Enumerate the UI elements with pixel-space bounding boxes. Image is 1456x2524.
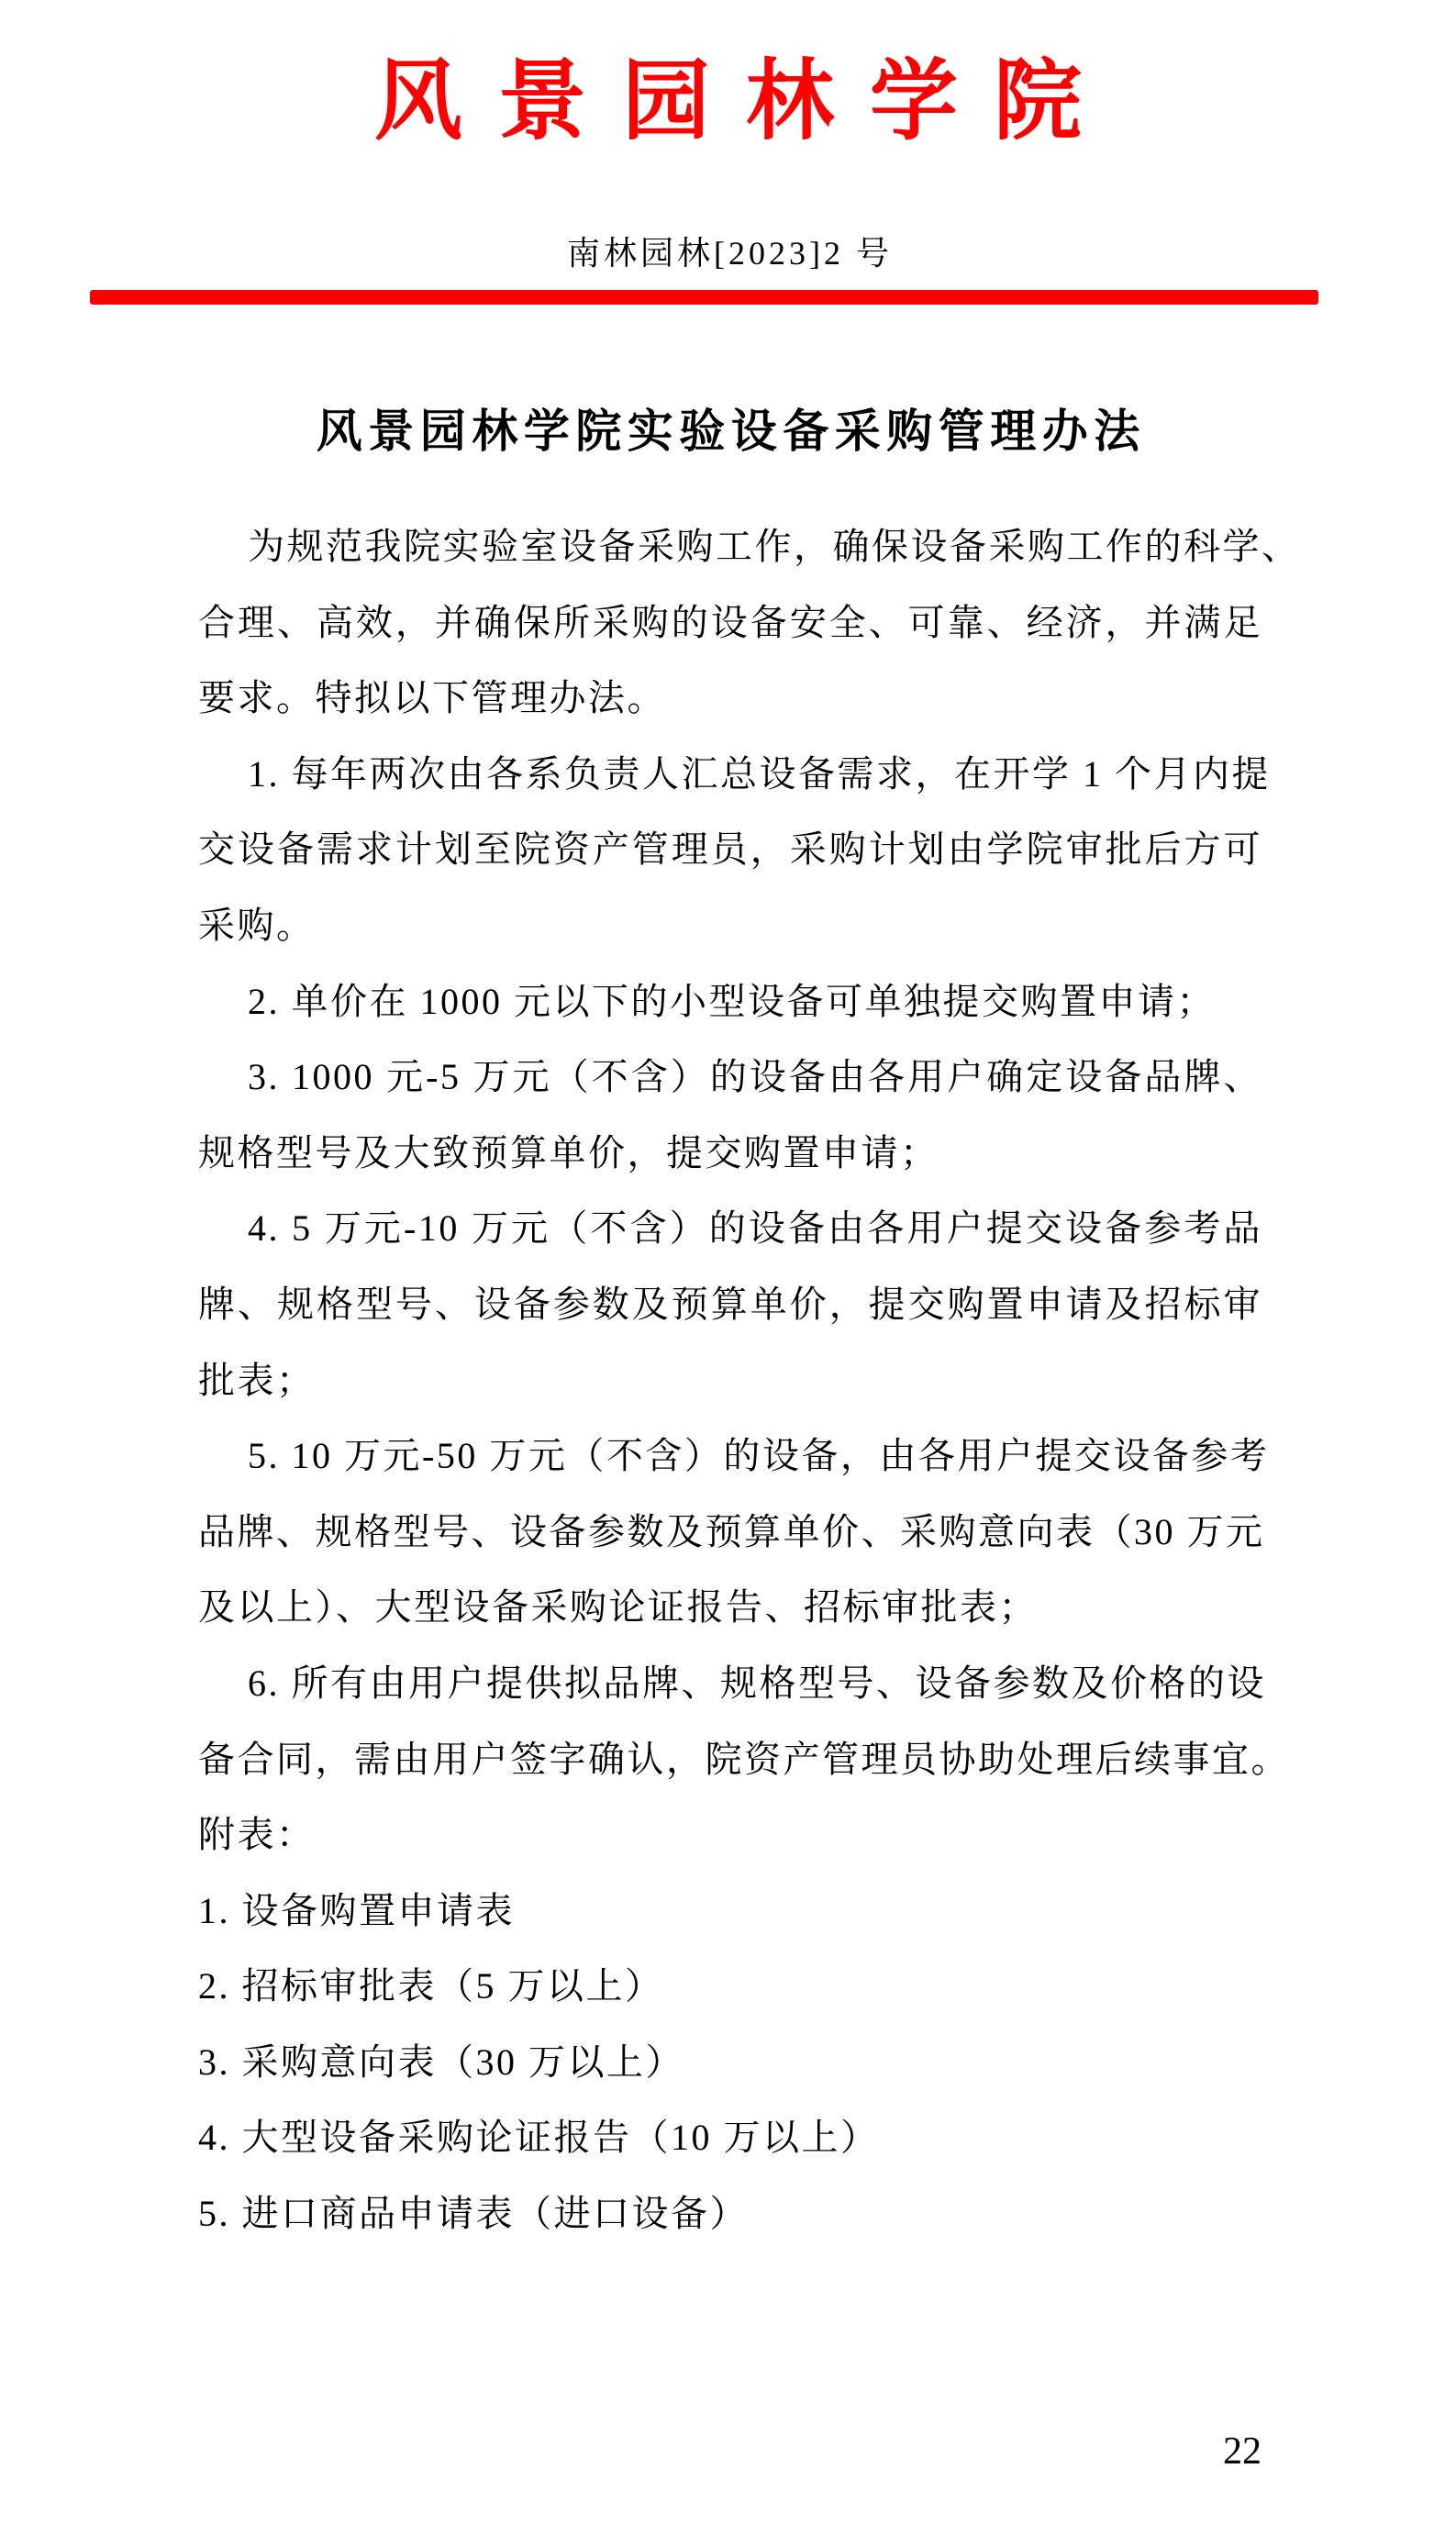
attachments-heading: 附表： bbox=[198, 1797, 1262, 1874]
paragraph-rule-2: 2. 单价在 1000 元以下的小型设备可单独提交购置申请； bbox=[198, 964, 1262, 1040]
paragraph-line: 2. 单价在 1000 元以下的小型设备可单独提交购置申请； bbox=[198, 964, 1262, 1040]
paragraph-line: 采购。 bbox=[198, 888, 1262, 964]
red-divider-line bbox=[90, 290, 1318, 305]
paragraph-line: 5. 10 万元-50 万元（不含）的设备，由各用户提交设备参考 bbox=[198, 1418, 1262, 1495]
document-body: 为规范我院实验室设备采购工作，确保设备采购工作的科学、 合理、高效，并确保所采购… bbox=[198, 509, 1262, 2252]
paragraph-line: 及以上）、大型设备采购论证报告、招标审批表； bbox=[198, 1570, 1262, 1646]
paragraph-line: 交设备需求计划至院资产管理员，采购计划由学院审批后方可 bbox=[198, 812, 1262, 888]
institution-title: 风景园林学院 bbox=[0, 53, 1456, 150]
paragraph-line: 4. 5 万元-10 万元（不含）的设备由各用户提交设备参考品 bbox=[198, 1191, 1262, 1267]
paragraph-line: 牌、规格型号、设备参数及预算单价，提交购置申请及招标审 bbox=[198, 1267, 1262, 1343]
paragraph-line: 合理、高效，并确保所采购的设备安全、可靠、经济，并满足 bbox=[198, 585, 1262, 662]
paragraph-rule-1: 1. 每年两次由各系负责人汇总设备需求，在开学 1 个月内提 交设备需求计划至院… bbox=[198, 737, 1262, 964]
paragraph-rule-5: 5. 10 万元-50 万元（不含）的设备，由各用户提交设备参考 品牌、规格型号… bbox=[198, 1418, 1262, 1646]
paragraph-rule-4: 4. 5 万元-10 万元（不含）的设备由各用户提交设备参考品 牌、规格型号、设… bbox=[198, 1191, 1262, 1418]
paragraph-line: 6. 所有由用户提供拟品牌、规格型号、设备参数及价格的设 bbox=[198, 1646, 1262, 1722]
paragraph-line: 3. 1000 元-5 万元（不含）的设备由各用户确定设备品牌、 bbox=[198, 1040, 1262, 1116]
paragraph-line: 为规范我院实验室设备采购工作，确保设备采购工作的科学、 bbox=[198, 509, 1262, 585]
paragraph-line: 1. 每年两次由各系负责人汇总设备需求，在开学 1 个月内提 bbox=[198, 737, 1262, 813]
paragraph-line: 品牌、规格型号、设备参数及预算单价、采购意向表（30 万元 bbox=[198, 1495, 1262, 1571]
paragraph-rule-6: 6. 所有由用户提供拟品牌、规格型号、设备参数及价格的设 备合同，需由用户签字确… bbox=[198, 1646, 1262, 1797]
attachments-section: 附表： 1. 设备购置申请表 2. 招标审批表（5 万以上） 3. 采购意向表（… bbox=[198, 1797, 1262, 2252]
page-number: 22 bbox=[1170, 2429, 1261, 2474]
attachment-item: 2. 招标审批表（5 万以上） bbox=[198, 1949, 1262, 2025]
attachment-item: 1. 设备购置申请表 bbox=[198, 1874, 1262, 1950]
paragraph-rule-3: 3. 1000 元-5 万元（不含）的设备由各用户确定设备品牌、 规格型号及大致… bbox=[198, 1040, 1262, 1191]
attachment-item: 4. 大型设备采购论证报告（10 万以上） bbox=[198, 2100, 1262, 2176]
document-number: 南林园林[2023]2 号 bbox=[0, 230, 1456, 276]
paragraph-line: 规格型号及大致预算单价，提交购置申请； bbox=[198, 1116, 1262, 1192]
attachment-item: 3. 采购意向表（30 万以上） bbox=[198, 2025, 1262, 2101]
attachment-item: 5. 进口商品申请表（进口设备） bbox=[198, 2176, 1262, 2252]
paragraph-line: 要求。特拟以下管理办法。 bbox=[198, 661, 1262, 737]
paragraph-line: 批表； bbox=[198, 1343, 1262, 1419]
paragraph-line: 备合同，需由用户签字确认，院资产管理员协助处理后续事宜。 bbox=[198, 1722, 1262, 1798]
paragraph-intro: 为规范我院实验室设备采购工作，确保设备采购工作的科学、 合理、高效，并确保所采购… bbox=[198, 509, 1262, 737]
document-title: 风景园林学院实验设备采购管理办法 bbox=[0, 399, 1456, 463]
